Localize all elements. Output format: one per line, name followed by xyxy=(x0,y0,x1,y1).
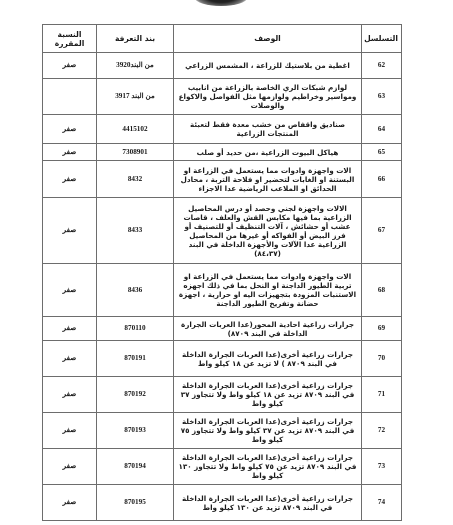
description-cell: الالات واجهزة لجني وحصد أو درس المحاصيل … xyxy=(174,198,362,264)
serial-cell: 66 xyxy=(362,161,402,198)
description-cell: الات واجهزة وادوات مما يستعمل في الزراعة… xyxy=(174,264,362,317)
tariff-code-cell: 4415102 xyxy=(97,115,174,144)
tariff-code-cell: 870110 xyxy=(97,317,174,341)
table-row: 65هياكل البيوت الزراعية ،من حديد أو صلب7… xyxy=(43,144,402,161)
rate-cell: صفر xyxy=(43,144,97,161)
serial-cell: 63 xyxy=(362,79,402,115)
description-cell: جرارات زراعية أخرى(عدا العربات الجرارة ا… xyxy=(174,449,362,485)
serial-cell: 69 xyxy=(362,317,402,341)
description-cell: جرارات زراعية أخرى(عدا العربات الجرارة ا… xyxy=(174,485,362,521)
serial-cell: 70 xyxy=(362,341,402,377)
serial-cell: 74 xyxy=(362,485,402,521)
serial-cell: 68 xyxy=(362,264,402,317)
table-row: 64صناديق واقفاص من خشب معدة فقط لتعبئة ا… xyxy=(43,115,402,144)
rate-cell: صفر xyxy=(43,485,97,521)
rate-cell: صفر xyxy=(43,115,97,144)
header-description: الوصف xyxy=(174,25,362,53)
serial-cell: 71 xyxy=(362,377,402,413)
serial-cell: 73 xyxy=(362,449,402,485)
rate-cell: صفر xyxy=(43,341,97,377)
table-row: 67الالات واجهزة لجني وحصد أو درس المحاصي… xyxy=(43,198,402,264)
table-row: 68الات واجهزة وادوات مما يستعمل في الزرا… xyxy=(43,264,402,317)
tariff-code-cell: 870192 xyxy=(97,377,174,413)
tariff-code-cell: 870194 xyxy=(97,449,174,485)
rate-cell: صفر xyxy=(43,264,97,317)
page-top-decoration xyxy=(195,0,247,6)
description-cell: الات واجهزة وادوات مما يستعمل في الزراعة… xyxy=(174,161,362,198)
description-cell: هياكل البيوت الزراعية ،من حديد أو صلب xyxy=(174,144,362,161)
serial-cell: 72 xyxy=(362,413,402,449)
description-cell: صناديق واقفاص من خشب معدة فقط لتعبئة الم… xyxy=(174,115,362,144)
header-tariff-code: بند التعرفة xyxy=(97,25,174,53)
rate-cell: صفر xyxy=(43,449,97,485)
description-cell: لوازم شبكات الري الخاصة بالزراعة من اناب… xyxy=(174,79,362,115)
tariff-code-cell: 8432 xyxy=(97,161,174,198)
serial-cell: 64 xyxy=(362,115,402,144)
rate-cell: صفر xyxy=(43,317,97,341)
serial-cell: 65 xyxy=(362,144,402,161)
tariff-code-cell: 7308901 xyxy=(97,144,174,161)
table-row: 71جرارات زراعية أخرى(عدا العربات الجرارة… xyxy=(43,377,402,413)
tariff-code-cell: من البند3920 xyxy=(97,53,174,79)
table-row: 62اغطية من بلاستيك للزراعة ، المشمس الزر… xyxy=(43,53,402,79)
table-row: 73جرارات زراعية أخرى(عدا العربات الجرارة… xyxy=(43,449,402,485)
tariff-code-cell: من البند 3917 xyxy=(97,79,174,115)
description-cell: اغطية من بلاستيك للزراعة ، المشمس الزراع… xyxy=(174,53,362,79)
tariff-table: التسلسل الوصف بند التعرفة النسبة المقررة… xyxy=(42,24,402,521)
tariff-code-cell: 8436 xyxy=(97,264,174,317)
table-row: 72جرارات زراعية أخرى(عدا العربات الجرارة… xyxy=(43,413,402,449)
header-rate: النسبة المقررة xyxy=(43,25,97,53)
description-cell: جرارات زراعية أخرى(عدا العربات الجرارة ا… xyxy=(174,413,362,449)
table-row: 63لوازم شبكات الري الخاصة بالزراعة من ان… xyxy=(43,79,402,115)
header-serial: التسلسل xyxy=(362,25,402,53)
rate-cell: صفر xyxy=(43,377,97,413)
description-cell: جرارات زراعية أخرى(عدا العربات الجرارة ا… xyxy=(174,377,362,413)
table-header-row: التسلسل الوصف بند التعرفة النسبة المقررة xyxy=(43,25,402,53)
table-body: 62اغطية من بلاستيك للزراعة ، المشمس الزر… xyxy=(43,53,402,521)
table-row: 74جرارات زراعية أخرى(عدا العربات الجرارة… xyxy=(43,485,402,521)
table-row: 69جرارات زراعية احادية المحور(عدا العربا… xyxy=(43,317,402,341)
table-row: 70جرارات زراعية أخرى(عدا العربات الجرارة… xyxy=(43,341,402,377)
table-row: 66الات واجهزة وادوات مما يستعمل في الزرا… xyxy=(43,161,402,198)
rate-cell: صفر xyxy=(43,53,97,79)
serial-cell: 62 xyxy=(362,53,402,79)
description-cell: جرارات زراعية أخرى(عدا العربات الجرارة ا… xyxy=(174,341,362,377)
description-cell: جرارات زراعية احادية المحور(عدا العربات … xyxy=(174,317,362,341)
rate-cell: صفر xyxy=(43,198,97,264)
tariff-code-cell: 870195 xyxy=(97,485,174,521)
rate-cell: صفر xyxy=(43,161,97,198)
serial-cell: 67 xyxy=(362,198,402,264)
rate-cell: صفر xyxy=(43,413,97,449)
tariff-code-cell: 870191 xyxy=(97,341,174,377)
tariff-code-cell: 8433 xyxy=(97,198,174,264)
tariff-code-cell: 870193 xyxy=(97,413,174,449)
rate-cell xyxy=(43,79,97,115)
